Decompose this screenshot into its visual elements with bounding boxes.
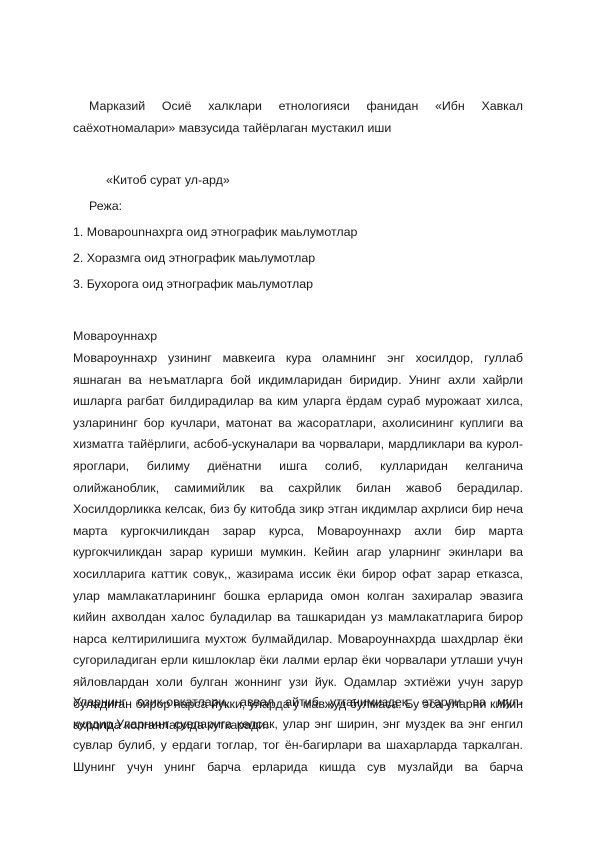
book-title: «Китоб сурат ул-ард» [106, 170, 230, 190]
intro-paragraph: Марказий Осиё халклари етнологияси фанид… [73, 96, 523, 139]
body-paragraph: Мовароуннахр узининг мавкеига кура оламн… [73, 348, 523, 737]
plan-item: 1. Моварounнахрга оид этнографик маьлумо… [73, 222, 357, 242]
body-paragraph: Уларнинг озик-овкатлари, аввал айтиб утг… [73, 692, 523, 778]
section-heading: Мовароуннахр [73, 326, 157, 346]
plan-item: 3. Бухорога оид этнографик маьлумотлар [73, 274, 313, 294]
plan-label: Режа: [89, 196, 122, 216]
plan-item: 2. Хоразмга оид этнографик маьлумотлар [73, 248, 315, 268]
